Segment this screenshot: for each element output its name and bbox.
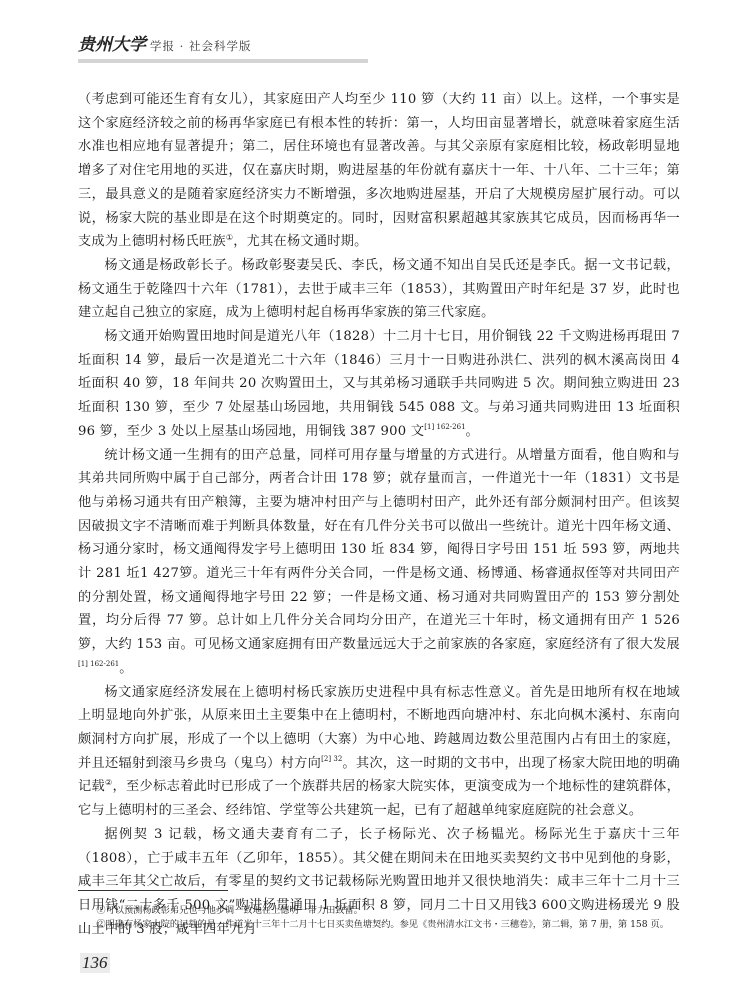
paragraph-5: 杨文通家庭经济发展在上德明村杨氏家族历史进程中具有标志性意义。首先是田地所有权在…	[78, 681, 680, 823]
header-rule	[78, 59, 368, 63]
footnote-divider	[78, 890, 228, 891]
paragraph-text: （考虑到可能还生育有女儿），其家庭田产人均至少 110 箩（大约 11 亩）以上…	[78, 92, 680, 249]
paragraph-2: 杨文通是杨政彰长子。杨政彰娶妻吴氏、李氏，杨文通不知出自吴氏还是李氏。据一文书记…	[78, 254, 680, 325]
footnote-marker-2[interactable]: ②	[105, 778, 113, 787]
journal-header: 贵州大学学报 · 社会科学版	[78, 30, 308, 60]
citation-marker[interactable]: [1] 162-261	[78, 660, 119, 668]
citation-marker[interactable]: [1] 162-261	[424, 423, 465, 431]
body-text: （考虑到可能还生育有女儿），其家庭田产人均至少 110 箩（大约 11 亩）以上…	[78, 88, 680, 941]
journal-name: 学报 · 社会科学版	[150, 39, 251, 53]
page-number: 136	[80, 953, 110, 973]
footnote-2: ②明确有杨家大院的记载的是一件道光十三年十二月十七日买卖鱼塘契约。参见《贵州清水…	[78, 918, 680, 932]
paragraph-tail: ，至少标志着此时已形成了一个族群共居的杨家大院实体，更演变成为一个地标性的建筑群…	[78, 779, 680, 818]
paragraph-3: 杨文通开始购置田地时间是道光八年（1828）十二月十七日，用价铜钱 22 千文购…	[78, 325, 680, 444]
paragraph-text: 统计杨文通一生拥有的田产总量，同样可用存量与增量的方式进行。从增量方面看，他自购…	[78, 448, 680, 653]
paragraph-tail: ，尤其在杨文通时期。	[233, 234, 367, 249]
footnotes: ①可以预测杨政彰弟兄也与他步调一致地在上德明一带力田致富。 ②明确有杨家大院的记…	[78, 904, 680, 931]
university-logo: 贵州大学	[78, 35, 146, 55]
footnote-1: ①可以预测杨政彰弟兄也与他步调一致地在上德明一带力田致富。	[78, 904, 680, 918]
paragraph-4: 统计杨文通一生拥有的田产总量，同样可用存量与增量的方式进行。从增量方面看，他自购…	[78, 444, 680, 681]
paragraph-text: 杨文通是杨政彰长子。杨政彰娶妻吴氏、李氏，杨文通不知出自吴氏还是李氏。据一文书记…	[78, 258, 680, 320]
paragraph-tail: 。	[466, 424, 479, 439]
paragraph-tail: 。	[119, 661, 132, 676]
citation-marker[interactable]: [2] 32	[321, 755, 342, 763]
paragraph-1: （考虑到可能还生育有女儿），其家庭田产人均至少 110 箩（大约 11 亩）以上…	[78, 88, 680, 254]
paragraph-text: 杨文通开始购置田地时间是道光八年（1828）十二月十七日，用价铜钱 22 千文购…	[78, 329, 680, 439]
